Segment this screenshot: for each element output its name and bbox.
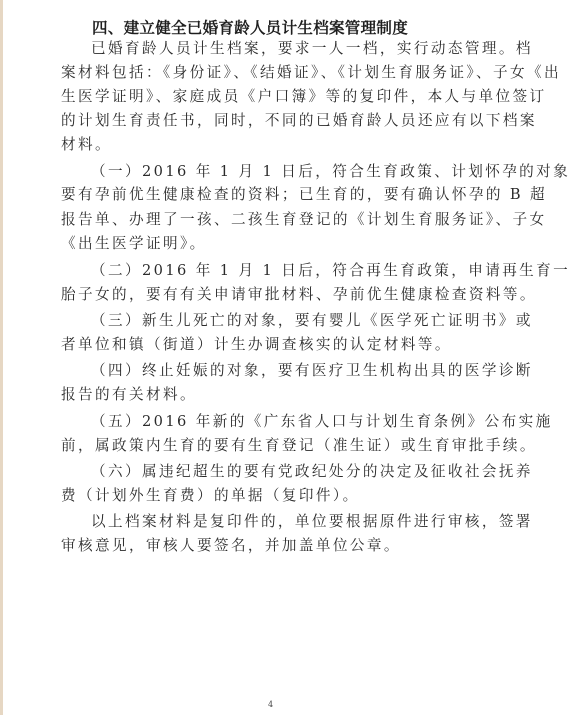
paragraph-line: （五）2016 年新的《广东省人口与计划生育条例》公布实施 xyxy=(91,413,553,431)
paragraph-line: 胎子女的，要有有关申请审批材料、孕前优生健康检查资料等。 xyxy=(61,286,537,304)
page-number: 4 xyxy=(268,700,273,709)
paragraph-line: 审核意见，审核人要签名，并加盖单位公章。 xyxy=(61,537,401,555)
paragraph-line: 以上档案材料是复印件的，单位要根据原件进行审核，签署 xyxy=(91,513,533,531)
paragraph-line: （三）新生儿死亡的对象，要有婴儿《医学死亡证明书》或 xyxy=(91,312,533,330)
paragraph-line: 要有孕前优生健康检查的资料；已生育的，要有确认怀孕的 B 超 xyxy=(61,186,547,204)
paragraph-line: 已婚育龄人员计生档案，要求一人一档，实行动态管理。档 xyxy=(91,40,533,58)
section-heading: 四、建立健全已婚育龄人员计生档案管理制度 xyxy=(92,16,408,38)
paragraph-line: 报告的有关材料。 xyxy=(61,386,197,404)
paragraph-line: （六）属违纪超生的要有党政纪处分的决定及征收社会抚养 xyxy=(91,463,533,481)
paragraph-line: 报告单、办理了一孩、二孩生育登记的《计划生育服务证》、子女 xyxy=(61,211,547,229)
paragraph-line: 的计划生育责任书，同时，不同的已婚育龄人员还应有以下档案 xyxy=(61,112,537,130)
paragraph-line: 前，属政策内生育的要有生育登记（准生证）或生育审批手续。 xyxy=(61,437,537,455)
paragraph-line: （一）2016 年 1 月 1 日后，符合生育政策、计划怀孕的对象 xyxy=(91,163,569,181)
paragraph-line: 生医学证明》、家庭成员《户口簿》等的复印件，本人与单位签订 xyxy=(61,88,547,106)
paragraph-line: 费（计划外生育费）的单据（复印件）。 xyxy=(61,487,360,505)
paragraph-line: （二）2016 年 1 月 1 日后，符合再生育政策，申请再生育一 xyxy=(91,262,569,280)
page-edge-strip xyxy=(0,0,3,715)
paragraph-line: 材料。 xyxy=(61,136,112,154)
paragraph-line: 者单位和镇（街道）计生办调查核实的认定材料等。 xyxy=(61,336,452,354)
paragraph-line: 《出生医学证明》。 xyxy=(61,235,207,253)
paragraph-line: （四）终止妊娠的对象，要有医疗卫生机构出具的医学诊断 xyxy=(91,362,533,380)
paragraph-line: 案材料包括：《身份证》、《结婚证》、《计划生育服务证》、子女《出 xyxy=(61,64,561,82)
